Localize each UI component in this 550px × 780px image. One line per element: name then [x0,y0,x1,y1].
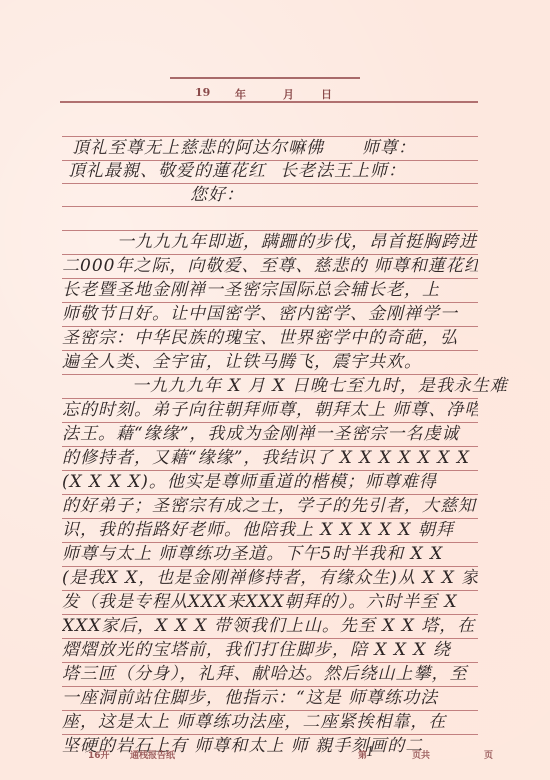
body-line: 的好弟子；圣密宗有成之士，学子的先引者，大慈知 [62,495,478,517]
salutation-text: 頂礼最親、敬爱的蓮花红 [68,161,266,181]
body-line: 的修持者，又藉“缘缘”，我结识了 X X X X X X X [62,447,478,469]
body-line: 座，这是太上 师尊练功法座，二座紧挨相靠，在 [62,711,478,733]
body-line: 法王。藉“缘缘”，我成为金刚禅一圣密宗一名虔诚 [62,423,478,445]
month-label: 月 [283,86,321,102]
body-line: 熠熠放光的宝塔前，我们打住脚步，陪 X X X 绕 [62,639,478,661]
body-line: 圣密宗：中华民族的瑰宝、世界密学中的奇葩，弘 [62,327,478,349]
page-suffix: 页 [484,748,493,761]
greeting-text: 您好： [190,185,244,205]
body-line: 遍全人类、全宇宙，让铁马腾飞，震宇共欢。 [62,351,478,373]
letter-page: 19 年 月 日 頂礼至尊无上慈悲的阿达尔嘛佛 师尊： 頂礼最親、敬爱的蓮花红 … [0,0,550,780]
body-line: 发（我是专程从XXX来XXX朝拜的）。六时半至 X [62,591,478,613]
salutation-suffix: 长老法王上师： [280,160,406,182]
body-line: 识，我的指路好老师。他陪我上 X X X X X 朝拜 [62,519,478,541]
body-line: XXX家后，X X X 带领我们上山。先至 X X 塔，在 [62,615,478,637]
body-line: (是我X X，也是金刚禅修持者，有缘众生)从 X X 家出 [62,567,478,589]
page-number: 1 [366,745,374,760]
year-prefix: 19 [195,86,235,102]
salutation-suffix: 师尊： [362,137,416,159]
body-line: (X X X X)。他实是尊师重道的楷模；师尊难得 [62,471,478,493]
salutation-greeting: 您好： [62,184,550,206]
body-line: 师敬节日好。让中国密学、密内密学、金刚禅学一 [62,303,478,325]
body-line: 师尊与太上 师尊练功圣道。下午5时半我和 X X [62,543,478,565]
body-line: 一座洞前站住脚步，他指示：“这是 师尊练功法 [62,687,478,709]
body-line: 一九九九年 X 月 X 日晚七至九时，是我永生难 [62,375,548,397]
header-date: 19 年 月 日 [195,86,365,102]
page-mid: 页共 [412,748,430,761]
body-line: 忘的时刻。弟子向往朝拜师尊，朝拜太上 师尊、净嗒 [62,399,478,421]
rule [62,206,478,207]
year-label: 年 [235,86,283,102]
page-footer: 16开 通栈报告纸 第 页共 页 [0,748,550,764]
salutation-line-1: 頂礼至尊无上慈悲的阿达尔嘛佛 师尊： [62,137,488,159]
paper-size-label: 16开 [88,748,110,761]
salutation-text: 頂礼至尊无上慈悲的阿达尔嘛佛 [72,138,324,158]
body-line: 长老暨圣地金刚禅一圣密宗国际总会辅长老，上 [62,279,478,301]
body-line: 一九九九年即逝，蹒跚的步伐，昂首挺胸跨进 [62,231,533,253]
body-line: 塔三匝（分身），礼拜、献哈达。然后绕山上攀，至 [62,663,478,685]
body-line: 二000年之际，向敬爱、至尊、慈悲的 师尊和蓮花红 [62,255,478,277]
paper-name: 通栈报告纸 [130,748,175,761]
header-top-rule [170,77,360,79]
day-label: 日 [321,86,332,102]
salutation-line-2: 頂礼最親、敬爱的蓮花红 长老法王上师： [62,160,484,182]
header-bottom-rule [60,101,478,103]
